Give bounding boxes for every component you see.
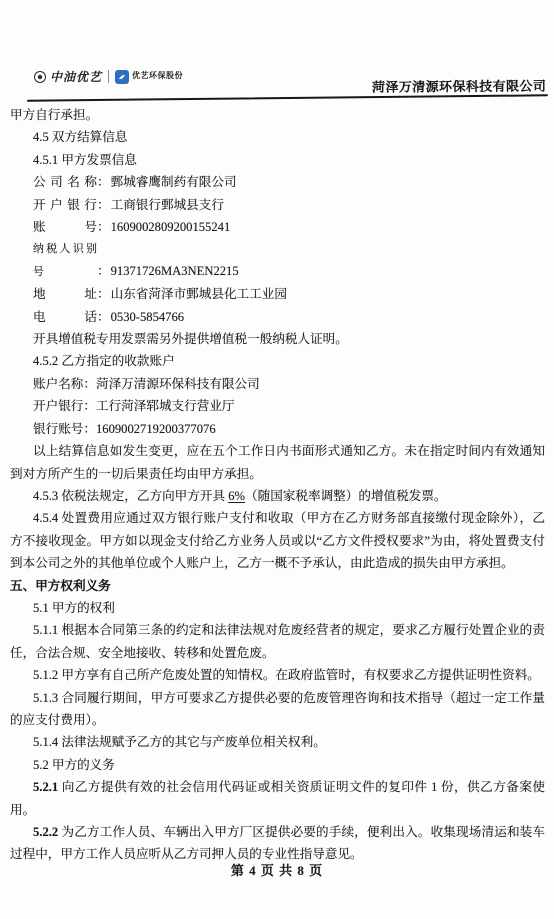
field-value: 工商银行鄄城县支行: [110, 198, 224, 212]
clause-5-2-2-text: 为乙方工作人员、车辆出入甲方厂区提供必要的手续，便利出入。收集现场清运和装车过程…: [10, 825, 545, 861]
clause-5-1-3: 5.1.3 合同履行期间，甲方可要求乙方提供必要的危废管理咨询和技术指导（超过一…: [10, 687, 545, 732]
clause-5-2-1: 5.2.1 向乙方提供有效的社会信用代码证或相关资质证明文件的复印件 1 份，供…: [10, 776, 545, 821]
field-value: 0530-5854766: [110, 310, 184, 324]
field-colon: ：: [97, 216, 110, 238]
clause-4-5-3-post: （随国家税率调整）的增值税发票。: [245, 489, 447, 503]
clause-5-2-1-number: 5.2.1: [33, 780, 58, 794]
field-colon: ：: [97, 171, 110, 193]
field-label: 账号: [33, 216, 97, 238]
invoice-row-phone: 电话：0530-5854766: [10, 306, 545, 328]
calligraphy-logo-text: 中油优艺: [50, 68, 102, 85]
field-value: 山东省菏泽市鄄城县化工工业园: [110, 287, 287, 301]
payee-account-name: 账户名称：菏泽万清源环保科技有限公司: [10, 373, 545, 395]
section-5-heading: 五、甲方权利义务: [10, 575, 545, 597]
seal-logo-icon: [34, 71, 46, 83]
clause-5-2-heading: 5.2 甲方的义务: [10, 754, 545, 776]
clause-5-1-heading: 5.1 甲方的权利: [10, 597, 545, 619]
contract-page: 中油优艺 优艺环保股份 菏泽万清源环保科技有限公司 甲方自行承担。 4.5 双方…: [0, 0, 554, 919]
field-label: 电话: [33, 306, 97, 328]
field-label: 纳税人识别号: [33, 238, 97, 283]
clause-4-5-1-heading: 4.5.1 甲方发票信息: [10, 149, 545, 171]
document-header: 中油优艺 优艺环保股份 菏泽万清源环保科技有限公司: [28, 60, 546, 96]
field-value: 1609002809200155241: [110, 220, 231, 234]
field-label: 开户银行: [33, 194, 97, 216]
invoice-row-company: 公司名称：鄄城睿鹰制药有限公司: [10, 171, 545, 193]
invoice-row-taxid: 纳税人识别号：91371726MA3NEN2215: [10, 238, 545, 283]
field-colon: ：: [97, 306, 110, 328]
header-logo-group: 中油优艺 优艺环保股份: [34, 68, 183, 85]
field-value: 91371726MA3NEN2215: [110, 264, 239, 278]
company-logo-icon: [115, 70, 129, 84]
page-number: 第 4 页 共 8 页: [231, 863, 323, 878]
clause-5-1-2: 5.1.2 甲方享有自己所产危废处置的知情权。在政府监管时，有权要求乙方提供证明…: [10, 664, 545, 686]
invoice-row-bank: 开户银行：工商银行鄄城县支行: [10, 194, 545, 216]
field-label: 地址: [33, 283, 97, 305]
field-colon: ：: [97, 194, 110, 216]
clause-5-1-4: 5.1.4 法律法规赋予乙方的其它与产废单位相关权利。: [10, 731, 545, 753]
clause-5-1-1: 5.1.1 根据本合同第三条的约定和法律法规对危废经营者的规定，要求乙方履行处置…: [10, 619, 545, 664]
field-label: 公司名称: [33, 171, 97, 193]
payee-account-number: 银行账号：1609002719200377076: [10, 418, 545, 440]
contract-body: 甲方自行承担。 4.5 双方结算信息 4.5.1 甲方发票信息 公司名称：鄄城睿…: [10, 104, 545, 866]
clause-5-2-2-number: 5.2.2: [33, 825, 58, 839]
clause-5-2-1-text: 向乙方提供有效的社会信用代码证或相关资质证明文件的复印件 1 份，供乙方备案使用…: [10, 780, 545, 816]
vat-certificate-note: 开具增值税专用发票需另外提供增值税一般纳税人证明。: [10, 328, 545, 350]
clause-4-5-3-pre: 4.5.3 依税法规定，乙方向甲方开具: [33, 489, 228, 503]
clause-settlement-change: 以上结算信息如发生变更，应在五个工作日内书面形式通知乙方。未在指定时间内有效通知…: [10, 440, 545, 485]
page-footer: 第 4 页 共 8 页: [0, 860, 554, 880]
logo-divider: [108, 70, 109, 83]
clause-4-5-3: 4.5.3 依税法规定，乙方向甲方开具 6%（随国家税率调整）的增值税发票。: [10, 485, 545, 507]
clause-4-5-2-heading: 4.5.2 乙方指定的收款账户: [10, 350, 545, 372]
field-colon: ：: [97, 283, 110, 305]
logo-block-text: 优艺环保股份: [132, 72, 183, 80]
vat-rate-underlined: 6%: [228, 489, 245, 503]
invoice-row-account: 账号：1609002809200155241: [10, 216, 545, 238]
clause-4-5-4: 4.5.4 处置费用应通过双方银行账户支付和收取（甲方在乙方财务部直接缴付现金除…: [10, 507, 545, 574]
field-value: 鄄城睿鹰制药有限公司: [110, 175, 237, 189]
clause-4-5-heading: 4.5 双方结算信息: [10, 126, 545, 148]
invoice-row-address: 地址：山东省菏泽市鄄城县化工工业园: [10, 283, 545, 305]
payee-bank: 开户银行：工行菏泽郓城支行营业厅: [10, 395, 545, 417]
carryover-line: 甲方自行承担。: [10, 104, 545, 126]
field-colon: ：: [97, 260, 110, 282]
header-company-name: 菏泽万清源环保科技有限公司: [372, 75, 546, 95]
